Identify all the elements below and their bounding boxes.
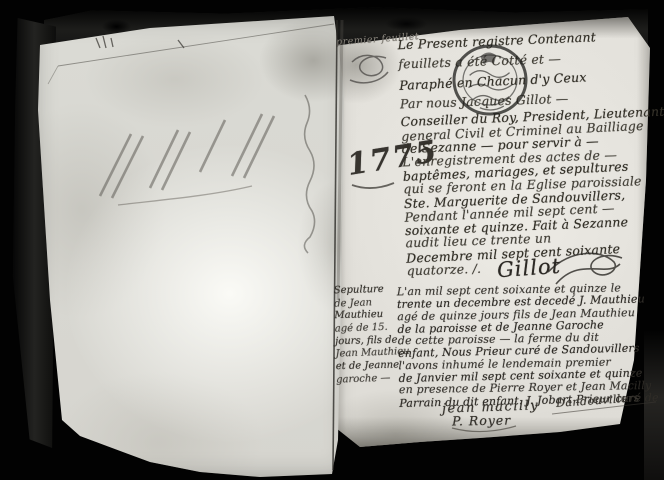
- left-page-blank: [30, 14, 352, 480]
- signature-p-royer: P. Royer: [452, 412, 511, 428]
- burial-act-paragraph: L'an mil sept cent soixante et quinze le…: [397, 281, 664, 410]
- register-photograph: premier feuillet 1775 Le Present registr…: [0, 0, 664, 480]
- signature-gillot: Gillot: [496, 254, 562, 282]
- certification-paragraph: Le Present registre Contenant feuillets …: [397, 25, 664, 278]
